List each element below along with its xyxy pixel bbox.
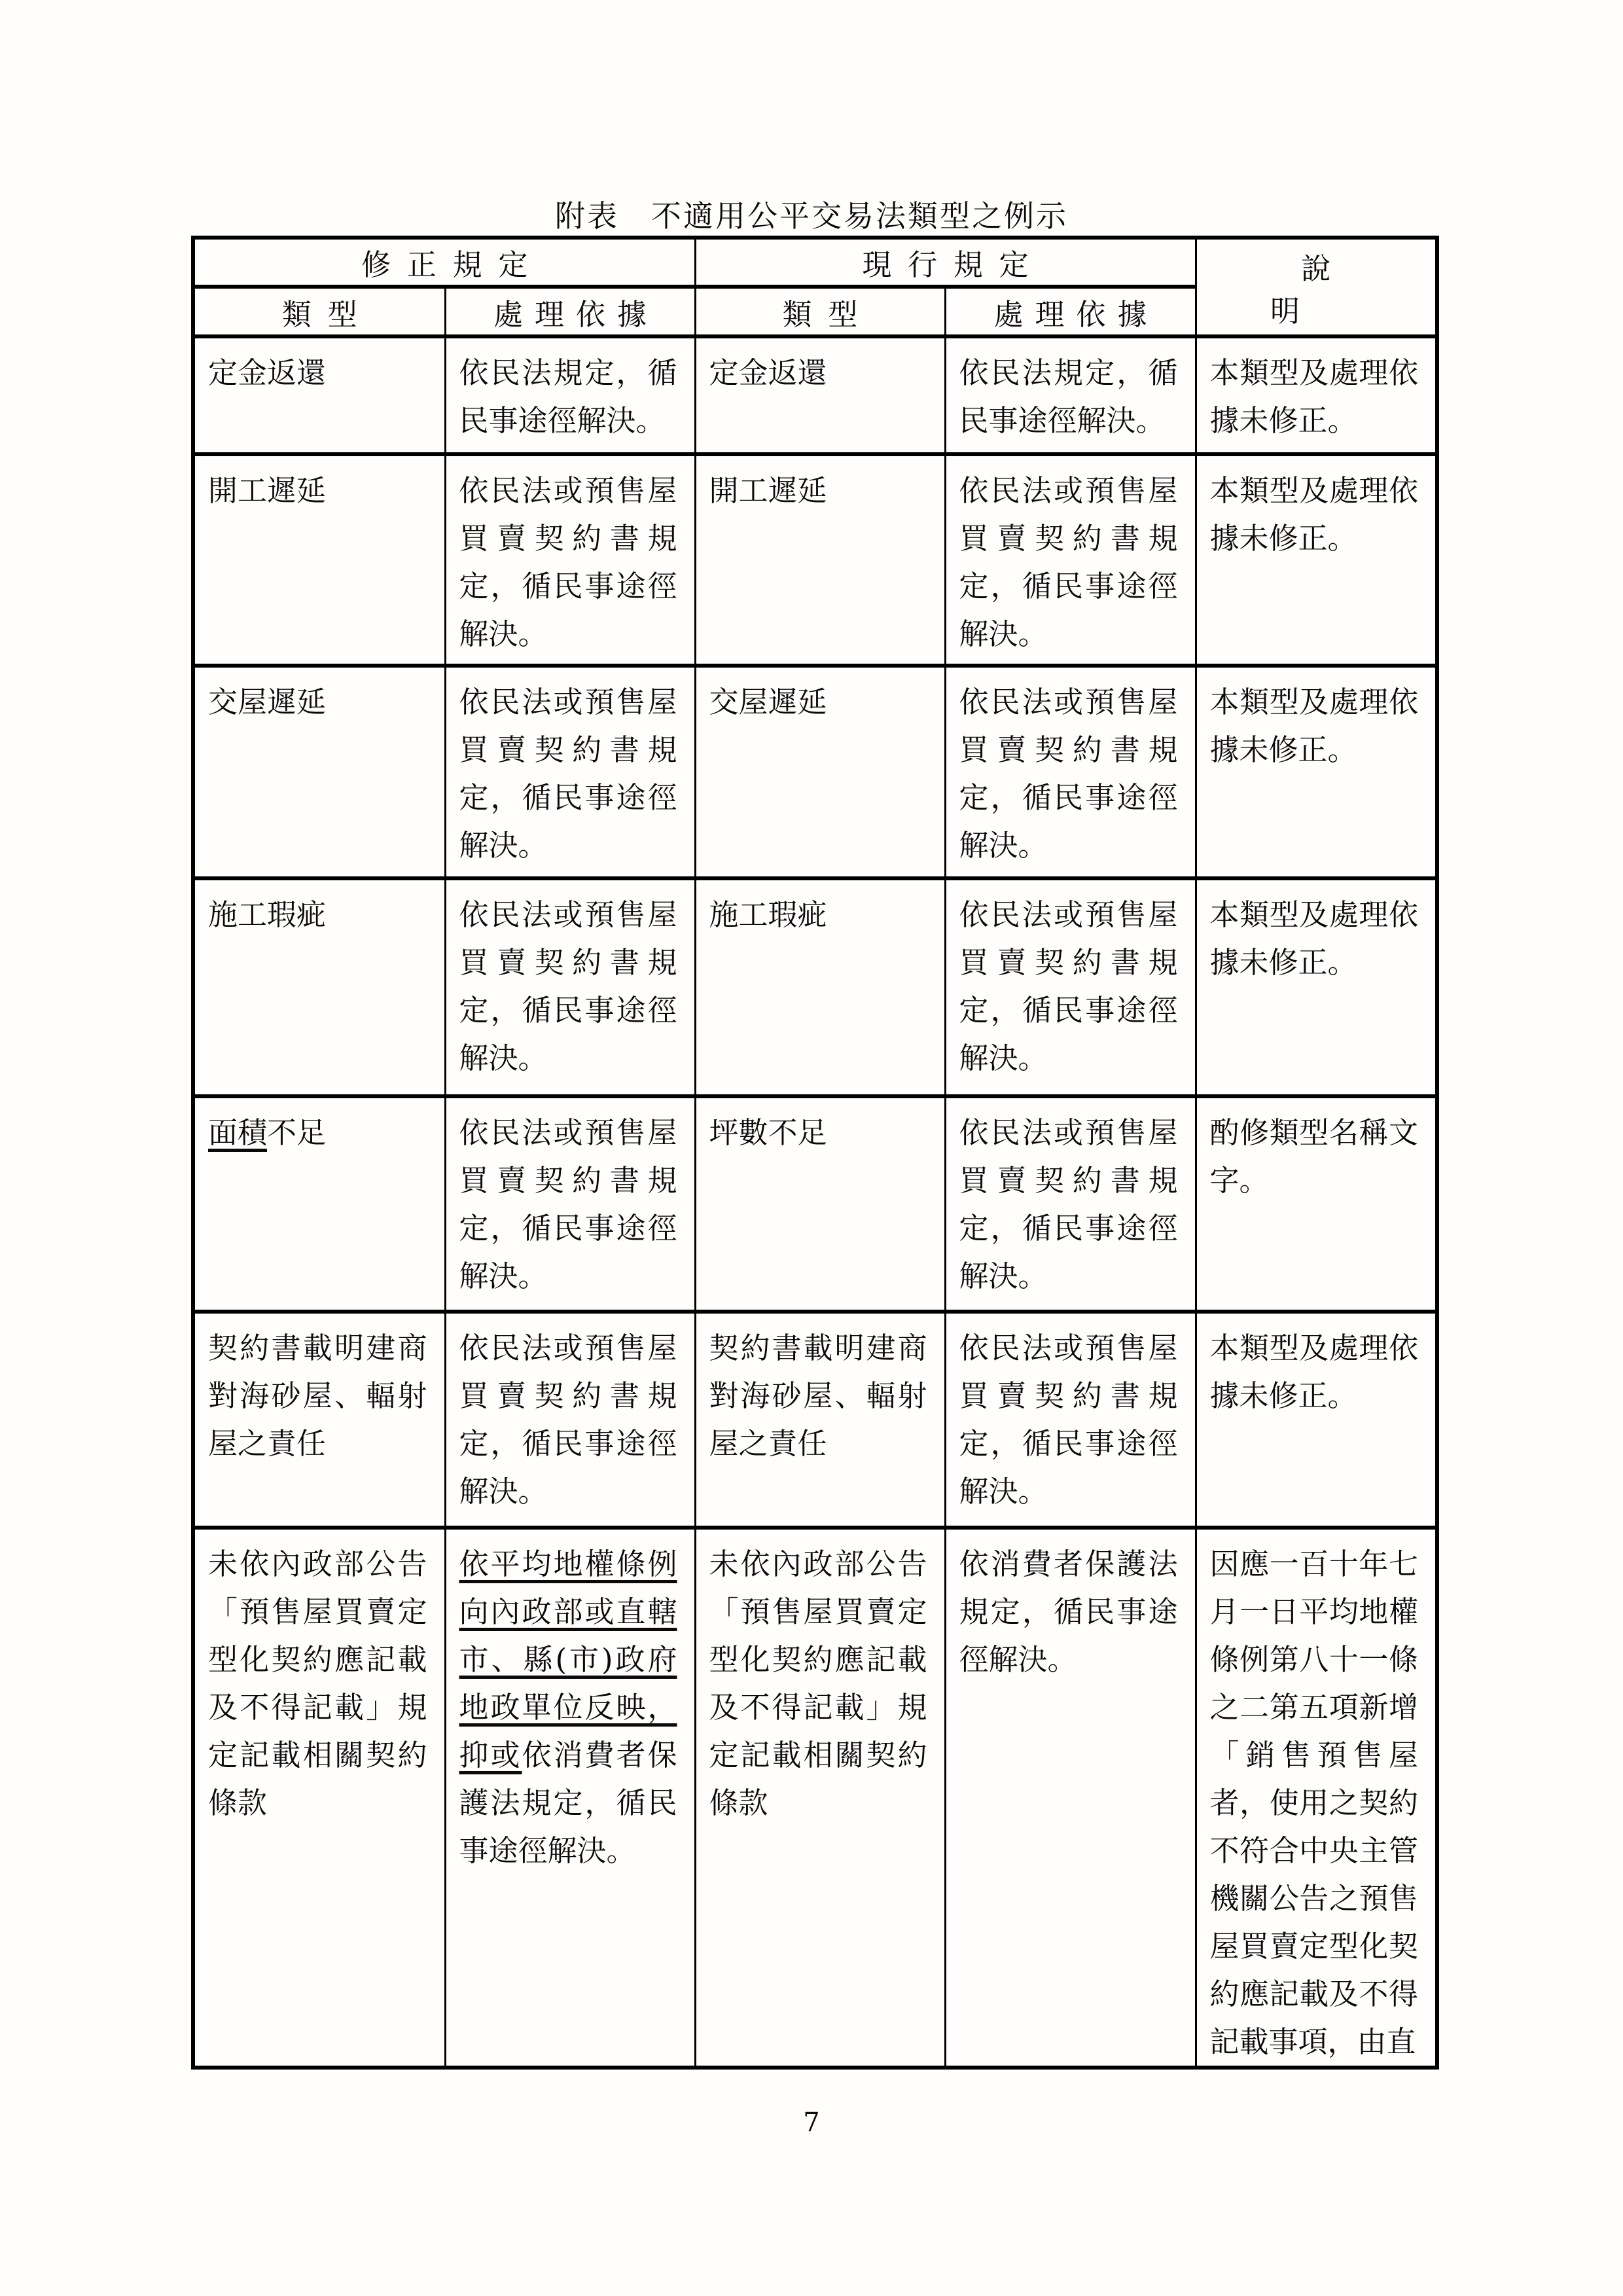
cell-text: 本類型及處理依據未修正。 (1210, 685, 1419, 767)
cell-text: 依民法或預售屋買賣契約書規定，循民事途徑解決。 (459, 897, 677, 1075)
cell-current-type: 未依內政部公告「預售屋買賣定型化契約應記載及不得記載」規定記載相關契約條款 (695, 1528, 945, 2068)
table-row: 未依內政部公告「預售屋買賣定型化契約應記載及不得記載」規定記載相關契約條款 依平… (193, 1528, 1437, 2068)
cell-text: 定金返還 (208, 355, 326, 390)
cell-current-basis: 依民法或預售屋買賣契約書規定，循民事途徑解決。 (945, 1096, 1196, 1312)
cell-text: 施工瑕疵 (208, 897, 326, 932)
cell-current-type: 開工遲延 (695, 454, 945, 666)
cell-amended-basis: 依民法或預售屋買賣契約書規定，循民事途徑解決。 (445, 666, 695, 878)
cell-note: 因應一百十年七月一日平均地權條例第八十一條之二第五項新增「銷售預售屋者，使用之契… (1196, 1528, 1437, 2068)
header-note: 說明 (1196, 238, 1437, 336)
cell-amended-type: 未依內政部公告「預售屋買賣定型化契約應記載及不得記載」規定記載相關契約條款 (193, 1528, 445, 2068)
cell-amended-basis: 依民法或預售屋買賣契約書規定，循民事途徑解決。 (445, 1312, 695, 1528)
cell-text: 依民法或預售屋買賣契約書規定，循民事途徑解決。 (959, 1115, 1178, 1293)
cell-text: 開工遲延 (208, 473, 326, 508)
cell-amended-basis: 依平均地權條例向內政部或直轄市、縣(市)政府地政單位反映，抑或依消費者保護法規定… (445, 1528, 695, 2068)
cell-text: 開工遲延 (709, 473, 827, 508)
header-row-groups: 修正規定 現行規定 說明 (193, 238, 1437, 287)
cell-amended-type: 面積不足 (193, 1096, 445, 1312)
cell-note: 本類型及處理依據未修正。 (1196, 878, 1437, 1096)
header-current-basis: 處理依據 (945, 287, 1196, 336)
cell-amended-type: 施工瑕疵 (193, 878, 445, 1096)
cell-current-type: 契約書載明建商對海砂屋、輻射屋之責任 (695, 1312, 945, 1528)
cell-current-type: 施工瑕疵 (695, 878, 945, 1096)
cell-text: 施工瑕疵 (709, 897, 827, 932)
cell-text: 交屋遲延 (709, 685, 827, 719)
table-row: 交屋遲延 依民法或預售屋買賣契約書規定，循民事途徑解決。 交屋遲延 依民法或預售… (193, 666, 1437, 878)
cell-current-basis: 依民法或預售屋買賣契約書規定，循民事途徑解決。 (945, 878, 1196, 1096)
cell-amended-type: 契約書載明建商對海砂屋、輻射屋之責任 (193, 1312, 445, 1528)
page-number: 7 (0, 2108, 1623, 2138)
cell-amended-type: 定金返還 (193, 336, 445, 454)
header-amended-group: 修正規定 (193, 238, 695, 287)
header-current-group: 現行規定 (695, 238, 1196, 287)
cell-text: 因應一百十年七月一日平均地權條例第八十一條之二第五項新增「銷售預售屋者，使用之契… (1210, 1547, 1419, 2059)
cell-text: 契約書載明建商對海砂屋、輻射屋之責任 (208, 1331, 427, 1461)
table-row: 施工瑕疵 依民法或預售屋買賣契約書規定，循民事途徑解決。 施工瑕疵 依民法或預售… (193, 878, 1437, 1096)
cell-text: 本類型及處理依據未修正。 (1210, 897, 1419, 980)
cell-note: 本類型及處理依據未修正。 (1196, 336, 1437, 454)
cell-note: 酌修類型名稱文字。 (1196, 1096, 1437, 1312)
cell-text: 依民法規定，循民事途徑解決。 (959, 355, 1178, 438)
cell-text: 定金返還 (709, 355, 827, 390)
cell-text: 依民法或預售屋買賣契約書規定，循民事途徑解決。 (459, 1331, 677, 1509)
cell-current-basis: 依民法規定，循民事途徑解決。 (945, 336, 1196, 454)
cell-text: 依民法或預售屋買賣契約書規定，循民事途徑解決。 (959, 1331, 1178, 1509)
document-page: 附表 不適用公平交易法類型之例示 修正規定 現行規定 說明 類型 處理依據 類型… (0, 0, 1623, 2296)
cell-amended-type: 交屋遲延 (193, 666, 445, 878)
table-row: 定金返還 依民法規定，循民事途徑解決。 定金返還 依民法規定，循民事途徑解決。 … (193, 336, 1437, 454)
cell-current-basis: 依消費者保護法規定，循民事途徑解決。 (945, 1528, 1196, 2068)
cell-amended-basis: 依民法或預售屋買賣契約書規定，循民事途徑解決。 (445, 1096, 695, 1312)
cell-current-type: 交屋遲延 (695, 666, 945, 878)
cell-text: 依民法或預售屋買賣契約書規定，循民事途徑解決。 (959, 897, 1178, 1075)
cell-note: 本類型及處理依據未修正。 (1196, 666, 1437, 878)
cell-current-basis: 依民法或預售屋買賣契約書規定，循民事途徑解決。 (945, 666, 1196, 878)
cell-text: 依消費者保護法規定，循民事途徑解決。 (959, 1547, 1178, 1677)
cell-text: 依民法或預售屋買賣契約書規定，循民事途徑解決。 (959, 685, 1178, 863)
cell-amended-type: 開工遲延 (193, 454, 445, 666)
cell-current-type: 坪數不足 (695, 1096, 945, 1312)
cell-text: 交屋遲延 (208, 685, 326, 719)
cell-amended-basis: 依民法或預售屋買賣契約書規定，循民事途徑解決。 (445, 878, 695, 1096)
cell-current-basis: 依民法或預售屋買賣契約書規定，循民事途徑解決。 (945, 1312, 1196, 1528)
comparison-table: 修正規定 現行規定 說明 類型 處理依據 類型 處理依據 定金返還 依民法規定，… (191, 236, 1439, 2070)
cell-current-basis: 依民法或預售屋買賣契約書規定，循民事途徑解決。 (945, 454, 1196, 666)
table-title: 附表 不適用公平交易法類型之例示 (0, 192, 1623, 236)
cell-note: 本類型及處理依據未修正。 (1196, 1312, 1437, 1528)
cell-text: 本類型及處理依據未修正。 (1210, 1331, 1419, 1413)
cell-text: 依民法或預售屋買賣契約書規定，循民事途徑解決。 (459, 1115, 677, 1293)
cell-current-type: 定金返還 (695, 336, 945, 454)
cell-text: 依民法規定，循民事途徑解決。 (459, 355, 677, 438)
underlined-revision-text: 面積 (208, 1115, 267, 1150)
header-amended-type: 類型 (193, 287, 445, 336)
cell-amended-basis: 依民法規定，循民事途徑解決。 (445, 336, 695, 454)
cell-text: 本類型及處理依據未修正。 (1210, 355, 1419, 438)
cell-amended-basis: 依民法或預售屋買賣契約書規定，循民事途徑解決。 (445, 454, 695, 666)
table-row: 契約書載明建商對海砂屋、輻射屋之責任 依民法或預售屋買賣契約書規定，循民事途徑解… (193, 1312, 1437, 1528)
cell-text: 依民法或預售屋買賣契約書規定，循民事途徑解決。 (459, 473, 677, 651)
cell-text: 未依內政部公告「預售屋買賣定型化契約應記載及不得記載」規定記載相關契約條款 (709, 1547, 927, 1820)
cell-text: 契約書載明建商對海砂屋、輻射屋之責任 (709, 1331, 927, 1461)
cell-text: 不足 (267, 1115, 326, 1150)
cell-text: 依民法或預售屋買賣契約書規定，循民事途徑解決。 (459, 685, 677, 863)
table-row: 面積不足 依民法或預售屋買賣契約書規定，循民事途徑解決。 坪數不足 依民法或預售… (193, 1096, 1437, 1312)
cell-text: 坪數不足 (709, 1115, 827, 1150)
header-amended-basis: 處理依據 (445, 287, 695, 336)
cell-text: 本類型及處理依據未修正。 (1210, 473, 1419, 556)
cell-note: 本類型及處理依據未修正。 (1196, 454, 1437, 666)
cell-text: 酌修類型名稱文字。 (1210, 1115, 1419, 1198)
table-row: 開工遲延 依民法或預售屋買賣契約書規定，循民事途徑解決。 開工遲延 依民法或預售… (193, 454, 1437, 666)
cell-text: 依民法或預售屋買賣契約書規定，循民事途徑解決。 (959, 473, 1178, 651)
header-current-type: 類型 (695, 287, 945, 336)
cell-text: 未依內政部公告「預售屋買賣定型化契約應記載及不得記載」規定記載相關契約條款 (208, 1547, 427, 1820)
